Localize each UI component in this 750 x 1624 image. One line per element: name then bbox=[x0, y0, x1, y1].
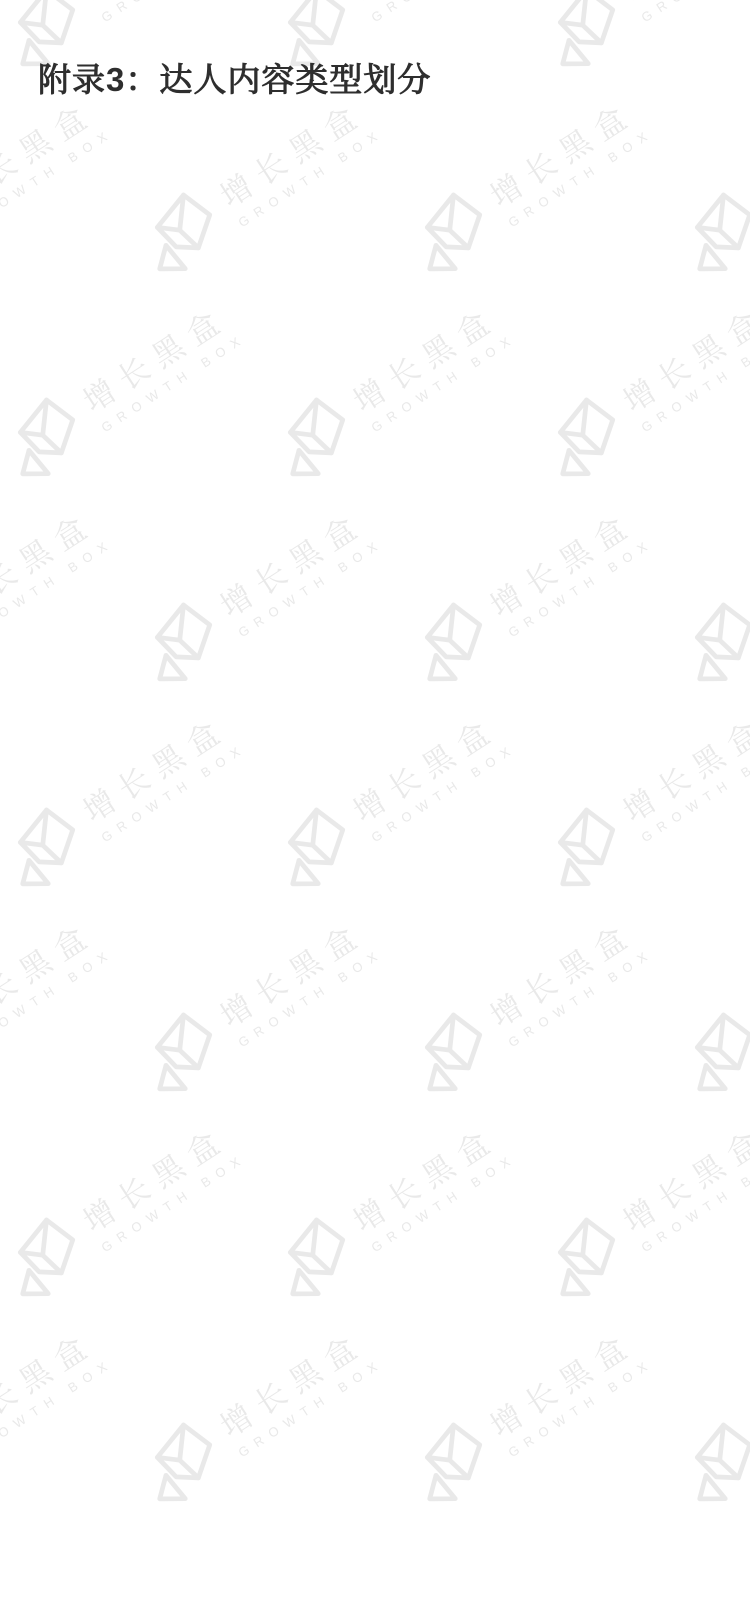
watermark-text-zh: 增长黑盒 bbox=[78, 0, 239, 10]
watermark: 增长黑盒 GROWTH BOX bbox=[662, 79, 750, 298]
watermark-text: 增长黑盒 GROWTH BOX bbox=[0, 503, 116, 639]
watermark: 增长黑盒 GROWTH BOX bbox=[122, 79, 396, 298]
watermark-text: 增长黑盒 GROWTH BOX bbox=[78, 298, 249, 434]
watermark-text: 增长黑盒 GROWTH BOX bbox=[485, 1323, 656, 1459]
watermark-text-zh: 增长黑盒 bbox=[618, 0, 750, 10]
growthbox-logo-icon bbox=[122, 589, 241, 708]
watermark: 增长黑盒 GROWTH BOX bbox=[0, 1104, 258, 1323]
watermark-text-en: GROWTH BOX bbox=[236, 125, 386, 229]
watermark-text-en: GROWTH BOX bbox=[236, 1355, 386, 1459]
watermark-text-zh: 增长黑盒 bbox=[215, 503, 376, 624]
watermark-text-zh: 增长黑盒 bbox=[485, 93, 646, 214]
watermark-text-en: GROWTH BOX bbox=[99, 1150, 249, 1254]
watermark-text: 增长黑盒 GROWTH BOX bbox=[348, 0, 519, 24]
watermark-text-en: GROWTH BOX bbox=[506, 945, 656, 1049]
watermark: 增长黑盒 GROWTH BOX bbox=[0, 899, 125, 1118]
watermark-text-zh: 增长黑盒 bbox=[348, 0, 509, 10]
watermark-text: 增长黑盒 GROWTH BOX bbox=[215, 1323, 386, 1459]
watermark-text-en: GROWTH BOX bbox=[639, 1150, 750, 1254]
watermark-text-zh: 增长黑盒 bbox=[215, 93, 376, 214]
watermark: 增长黑盒 GROWTH BOX bbox=[662, 1309, 750, 1528]
watermark: 增长黑盒 GROWTH BOX bbox=[662, 899, 750, 1118]
watermark-text: 增长黑盒 GROWTH BOX bbox=[0, 93, 116, 229]
watermark-text-zh: 增长黑盒 bbox=[215, 913, 376, 1034]
watermark-text-zh: 增长黑盒 bbox=[348, 1118, 509, 1239]
watermark: 增长黑盒 GROWTH BOX bbox=[0, 694, 258, 913]
watermark-text: 增长黑盒 GROWTH BOX bbox=[215, 93, 386, 229]
watermark-text-en: GROWTH BOX bbox=[99, 0, 249, 24]
growthbox-logo-icon bbox=[122, 1409, 241, 1528]
watermark: 增长黑盒 GROWTH BOX bbox=[255, 694, 529, 913]
watermark-text-en: GROWTH BOX bbox=[639, 330, 750, 434]
watermark-text-zh: 增长黑盒 bbox=[0, 93, 106, 214]
page-title: 附录3：达人内容类型划分 bbox=[38, 54, 431, 101]
watermark-text-en: GROWTH BOX bbox=[236, 535, 386, 639]
watermark-text: 增长黑盒 GROWTH BOX bbox=[618, 298, 750, 434]
watermark-text-en: GROWTH BOX bbox=[639, 740, 750, 844]
watermark-text: 增长黑盒 GROWTH BOX bbox=[485, 503, 656, 639]
watermark: 增长黑盒 GROWTH BOX bbox=[525, 0, 750, 93]
watermark-text-en: GROWTH BOX bbox=[506, 125, 656, 229]
watermark-text-en: GROWTH BOX bbox=[506, 1355, 656, 1459]
growthbox-logo-icon bbox=[525, 794, 644, 913]
watermark-text-en: GROWTH BOX bbox=[99, 330, 249, 434]
watermark-text-zh: 增长黑盒 bbox=[618, 298, 750, 419]
watermark-text-en: GROWTH BOX bbox=[236, 945, 386, 1049]
watermark-text: 增长黑盒 GROWTH BOX bbox=[78, 708, 249, 844]
watermark-text-en: GROWTH BOX bbox=[506, 535, 656, 639]
watermark: 增长黑盒 GROWTH BOX bbox=[0, 284, 258, 503]
watermark-text: 增长黑盒 GROWTH BOX bbox=[485, 913, 656, 1049]
watermark: 增长黑盒 GROWTH BOX bbox=[122, 489, 396, 708]
growthbox-logo-icon bbox=[122, 179, 241, 298]
watermark-text-en: GROWTH BOX bbox=[0, 1355, 116, 1459]
watermark-text: 增长黑盒 GROWTH BOX bbox=[485, 93, 656, 229]
growthbox-logo-icon bbox=[255, 1204, 374, 1323]
watermark-text: 增长黑盒 GROWTH BOX bbox=[618, 0, 750, 24]
watermark-text: 增长黑盒 GROWTH BOX bbox=[0, 1323, 116, 1459]
watermark: 增长黑盒 GROWTH BOX bbox=[392, 489, 666, 708]
watermark-text: 增长黑盒 GROWTH BOX bbox=[348, 708, 519, 844]
watermark-text-zh: 增长黑盒 bbox=[0, 913, 106, 1034]
watermark-text-zh: 增长黑盒 bbox=[0, 1323, 106, 1444]
growthbox-logo-icon bbox=[255, 794, 374, 913]
watermark-text-en: GROWTH BOX bbox=[369, 0, 519, 24]
watermark: 增长黑盒 GROWTH BOX bbox=[255, 1104, 529, 1323]
watermark: 增长黑盒 GROWTH BOX bbox=[255, 284, 529, 503]
growthbox-logo-icon bbox=[0, 1204, 104, 1323]
watermark-text-en: GROWTH BOX bbox=[0, 125, 116, 229]
watermark-text: 增长黑盒 GROWTH BOX bbox=[618, 1118, 750, 1254]
watermark-text-zh: 增长黑盒 bbox=[0, 503, 106, 624]
watermark: 增长黑盒 GROWTH BOX bbox=[525, 284, 750, 503]
watermark-text: 增长黑盒 GROWTH BOX bbox=[348, 1118, 519, 1254]
growthbox-logo-icon bbox=[392, 1409, 511, 1528]
watermark-text: 增长黑盒 GROWTH BOX bbox=[618, 708, 750, 844]
watermark-text-zh: 增长黑盒 bbox=[78, 708, 239, 829]
watermark-text-zh: 增长黑盒 bbox=[215, 1323, 376, 1444]
watermark-text-zh: 增长黑盒 bbox=[618, 708, 750, 829]
growthbox-logo-icon bbox=[0, 384, 104, 503]
growthbox-logo-icon bbox=[122, 999, 241, 1118]
watermark-text: 增长黑盒 GROWTH BOX bbox=[348, 298, 519, 434]
watermark-text-en: GROWTH BOX bbox=[0, 535, 116, 639]
watermark: 增长黑盒 GROWTH BOX bbox=[525, 1104, 750, 1323]
growthbox-logo-icon bbox=[662, 999, 750, 1118]
growthbox-logo-icon bbox=[525, 0, 644, 93]
growthbox-logo-icon bbox=[392, 179, 511, 298]
watermark-text-en: GROWTH BOX bbox=[369, 740, 519, 844]
growthbox-logo-icon bbox=[255, 384, 374, 503]
watermark-text-zh: 增长黑盒 bbox=[78, 298, 239, 419]
watermark-text: 增长黑盒 GROWTH BOX bbox=[215, 913, 386, 1049]
watermark: 增长黑盒 GROWTH BOX bbox=[392, 79, 666, 298]
watermark: 增长黑盒 GROWTH BOX bbox=[662, 489, 750, 708]
watermark-text-en: GROWTH BOX bbox=[639, 0, 750, 24]
watermark-text: 增长黑盒 GROWTH BOX bbox=[78, 1118, 249, 1254]
watermark: 增长黑盒 GROWTH BOX bbox=[0, 79, 125, 298]
watermark-text-zh: 增长黑盒 bbox=[348, 708, 509, 829]
growthbox-logo-icon bbox=[662, 179, 750, 298]
growthbox-logo-icon bbox=[662, 1409, 750, 1528]
watermark: 增长黑盒 GROWTH BOX bbox=[122, 1309, 396, 1528]
watermark: 增长黑盒 GROWTH BOX bbox=[392, 1309, 666, 1528]
watermark: 增长黑盒 GROWTH BOX bbox=[392, 899, 666, 1118]
watermark-text-en: GROWTH BOX bbox=[369, 1150, 519, 1254]
watermark-text-en: GROWTH BOX bbox=[99, 740, 249, 844]
watermark: 增长黑盒 GROWTH BOX bbox=[122, 899, 396, 1118]
watermark-text-en: GROWTH BOX bbox=[369, 330, 519, 434]
watermark-text-zh: 增长黑盒 bbox=[618, 1118, 750, 1239]
watermark-layer: 增长黑盒 GROWTH BOX 增长黑盒 GROWTH BOX 增长黑盒 GRO… bbox=[0, 0, 750, 1624]
growthbox-logo-icon bbox=[662, 589, 750, 708]
watermark-text-zh: 增长黑盒 bbox=[485, 503, 646, 624]
growthbox-logo-icon bbox=[525, 384, 644, 503]
watermark-text-zh: 增长黑盒 bbox=[485, 1323, 646, 1444]
watermark: 增长黑盒 GROWTH BOX bbox=[525, 694, 750, 913]
watermark-text: 增长黑盒 GROWTH BOX bbox=[215, 503, 386, 639]
watermark-text-zh: 增长黑盒 bbox=[485, 913, 646, 1034]
watermark-text: 增长黑盒 GROWTH BOX bbox=[78, 0, 249, 24]
growthbox-logo-icon bbox=[392, 999, 511, 1118]
watermark: 增长黑盒 GROWTH BOX bbox=[0, 1309, 125, 1528]
watermark-text-zh: 增长黑盒 bbox=[348, 298, 509, 419]
watermark-text: 增长黑盒 GROWTH BOX bbox=[0, 913, 116, 1049]
watermark: 增长黑盒 GROWTH BOX bbox=[0, 489, 125, 708]
growthbox-logo-icon bbox=[525, 1204, 644, 1323]
watermark-text-zh: 增长黑盒 bbox=[78, 1118, 239, 1239]
growthbox-logo-icon bbox=[0, 794, 104, 913]
growthbox-logo-icon bbox=[392, 589, 511, 708]
watermark-text-en: GROWTH BOX bbox=[0, 945, 116, 1049]
